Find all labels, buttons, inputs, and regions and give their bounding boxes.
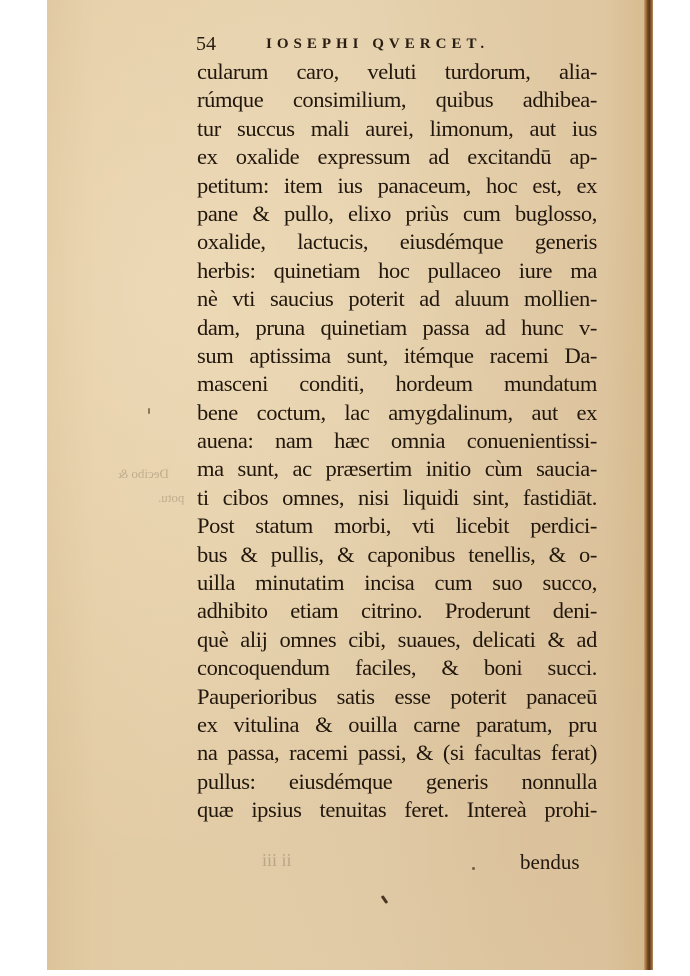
text-line: oxalide, lactucis, eiusdémque generis [197, 228, 597, 256]
text-line: ex oxalide expressum ad excitandū ap- [197, 143, 597, 171]
text-line: Post statum morbi, vti licebit perdici- [197, 512, 597, 540]
text-line: nè vti saucius poterit ad aluum mollien- [197, 285, 597, 313]
text-line: bus & pullis, & caponibus tenellis, & o- [197, 541, 597, 569]
bleed-through-margin-note-2: potu. [158, 490, 184, 506]
text-line: ti cibos omnes, nisi liquidi sint, fasti… [197, 484, 597, 512]
text-line: ex vitulina & ouilla carne paratum, pru [197, 711, 597, 739]
bleed-through-signature: iii ii [262, 850, 292, 871]
text-line: què alij omnes cibi, suaues, delicati & … [197, 626, 597, 654]
text-line: pullus: eiusdémque generis nonnulla [197, 768, 597, 796]
running-head: IOSEPHI QVERCET. [266, 36, 489, 53]
text-line: herbis: quinetiam hoc pullaceo iure ma [197, 257, 597, 285]
catchword: bendus [520, 848, 580, 876]
page-edge [644, 0, 653, 970]
paper-speck [148, 408, 150, 414]
page-number: 54 [196, 33, 216, 56]
text-line: tur succus mali aurei, limonum, aut ius [197, 115, 597, 143]
bleed-through-margin-note: Decibo & [118, 466, 169, 482]
text-line: petitum: item ius panaceum, hoc est, ex [197, 172, 597, 200]
text-line: rúmque consimilium, quibus adhibea- [197, 86, 597, 114]
text-line: concoquendum faciles, & boni succi. [197, 654, 597, 682]
text-line: quæ ipsius tenuitas feret. Intereà prohi… [197, 796, 597, 824]
text-line: sum aptissima sunt, itémque racemi Da- [197, 342, 597, 370]
text-line: bene coctum, lac amygdalinum, aut ex [197, 399, 597, 427]
text-line: uilla minutatim incisa cum suo succo, [197, 569, 597, 597]
body-text: cularum caro, veluti turdorum, alia- rúm… [197, 58, 597, 825]
page-header: 54 IOSEPHI QVERCET. [196, 33, 616, 57]
text-line: masceni conditi, hordeum mundatum [197, 370, 597, 398]
text-line: dam, pruna quinetiam passa ad hunc v- [197, 314, 597, 342]
text-line: ma sunt, ac præsertim initio cùm saucia- [197, 455, 597, 483]
text-line: cularum caro, veluti turdorum, alia- [197, 58, 597, 86]
paper-speck [472, 867, 475, 870]
text-line: Pauperioribus satis esse poterit panaceū [197, 683, 597, 711]
text-line: pane & pullo, elixo priùs cum buglosso, [197, 200, 597, 228]
text-line: adhibito etiam citrino. Proderunt deni- [197, 597, 597, 625]
text-line: auena: nam hæc omnia conuenientissi- [197, 427, 597, 455]
text-line: na passa, racemi passi, & (si facultas f… [197, 739, 597, 767]
